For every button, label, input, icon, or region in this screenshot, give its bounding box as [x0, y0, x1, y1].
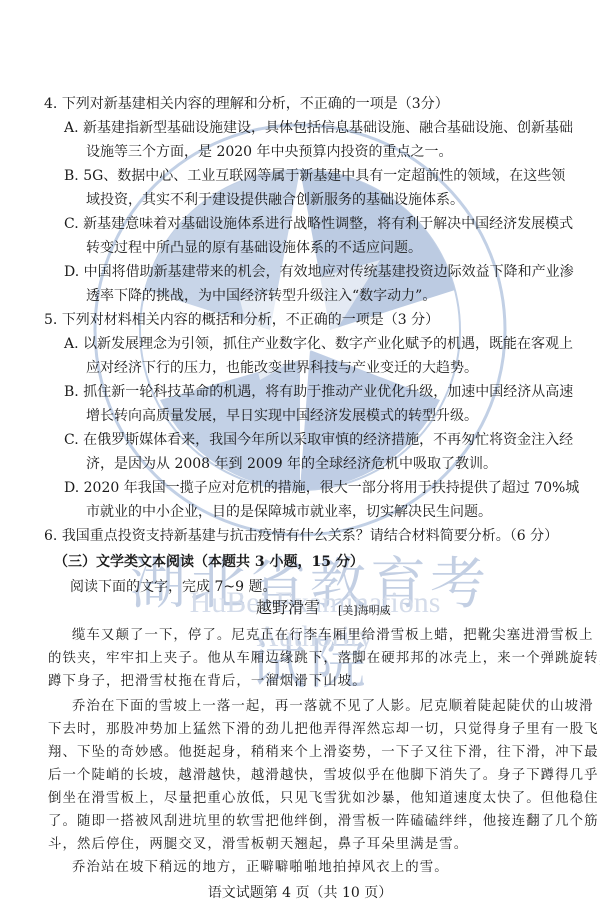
passage-author: [美]海明威 — [338, 602, 391, 620]
question-4-stem: 4. 下列对新基建相关内容的理解和分析，不正确的一项是（3分） — [44, 95, 449, 113]
question-4-option-b: B. 5G、数据中心、工业互联网等属于新基建中具有一定超前性的领域，在这些领 — [64, 167, 565, 185]
question-5-option-a: A. 以新发展理念为引领，抓住产业数字化、数字产业化赋予的机遇，既能在客观上 — [64, 335, 573, 353]
question-4-option-d-cont: 透率下降的挑战，为中国经济转型升级注入“数字动力”。 — [86, 287, 436, 305]
question-4-option-c-cont: 转变过程中所凸显的原有基础设施体系的不适应问题。 — [86, 239, 422, 257]
passage-line: 乔治在下面的雪坡上一落一起，再一落就不见了人影。尼克顺着陡起陡伏的山坡滑 — [72, 698, 594, 716]
question-4-option-d: D. 中国将借助新基建带来的机会，有效地应对传统基建投资边际效益下降和产业渗 — [64, 263, 574, 281]
passage-line: 斗，然后停住，两腿交叉，滑雪板朝天翘起，鼻子耳朵里满是雪。 — [48, 836, 468, 854]
section-heading: （三）文学类文本阅读（本题共 3 小题，15 分） — [54, 553, 364, 571]
passage-line: 蹲下身子，把滑雪杖拖在背后，一溜烟滑下山坡。 — [48, 673, 367, 691]
passage-title: 越野滑雪 — [256, 599, 320, 617]
question-5-option-c: C. 在俄罗斯媒体看来，我国今年所以采取审慎的经济措施，不再匆忙将资金注入经 — [64, 431, 573, 449]
question-5-option-d-cont: 市就业的中小企业，目的是保障城市就业率，切实解决民生问题。 — [86, 503, 492, 521]
passage-line: 了。随即一搭被风刮进坑里的软雪把他绊倒，滑雪板一阵磕磕绊绊，他接连翻了几个筋 — [48, 813, 599, 831]
page-footer: 语文试题第 4 页（共 10 页） — [0, 884, 600, 902]
question-5-option-b: B. 抓住新一轮科技革命的机遇，将有助于推动产业优化升级，加速中国经济从高速 — [64, 383, 573, 401]
question-5-option-c-cont: 济，是因为从 2008 年到 2009 年的全球经济危机中吸取了教训。 — [86, 455, 497, 473]
question-4-option-a: A. 新基建指新型基础设施建设，具体包括信息基础设施、融合基础设施、创新基础 — [64, 119, 573, 137]
question-6-stem: 6. 我国重点投资支持新基建与抗击疫情有什么关系？请结合材料简要分析。（6 分） — [44, 527, 558, 545]
question-4-option-b-cont: 域投资，其实不利于建设提供融合创新服务的基础设施体系。 — [86, 191, 464, 209]
question-4-option-a-cont: 设施等三个方面，是 2020 年中央预算内投资的重点之一。 — [86, 143, 453, 161]
question-5-option-a-cont: 应对经济下行的压力，也能改变世界科技与产业变迁的大趋势。 — [86, 359, 478, 377]
question-4-option-c: C. 新基建意味着对基础设施体系进行战略性调整，将有利于解决中国经济发展模式 — [64, 215, 573, 233]
question-5-option-d: D. 2020 年我国一揽子应对危机的措施，很大一部分将用于扶持提供了超过 70… — [64, 479, 579, 497]
section-intro: 阅读下面的文字，完成 7~9 题。 — [70, 578, 276, 596]
passage-line: 倒坐在滑雪板上，尽量把重心放低，只见飞雪犹如沙暴，他知道速度太快了。但他稳住 — [48, 790, 599, 808]
question-5-option-b-cont: 增长转向高质量发展，早日实现中国经济发展模式的转型升级。 — [86, 407, 478, 425]
question-5-stem: 5. 下列对材料相关内容的概括和分析，不正确的一项是（3 分） — [44, 311, 439, 329]
passage-line: 下去时，那股冲势加上猛然下滑的劲儿把他弄得浑然忘却一切，只觉得身子里有一股飞 — [48, 721, 599, 739]
passage-line: 翔、下坠的奇妙感。他挺起身，稍稍来个上滑姿势，一下子又往下滑，往下滑，冲下最 — [48, 744, 599, 762]
passage-line: 后一个陡峭的长坡，越滑越快，越滑越快，雪坡似乎在他脚下消失了。身子下蹲得几乎 — [48, 767, 599, 785]
passage-line: 缆车又颠了一下，停了。尼克正在行李车厢里给滑雪板上蜡，把靴尖塞进滑雪板上 — [72, 627, 594, 645]
passage-line: 的铁夹，牢牢扣上夹子。他从车厢边缘跳下，落脚在硬邦邦的冰壳上，来一个弹跳旋转， — [48, 650, 600, 668]
passage-line: 乔治站在坡下稍远的地方，正噼噼啪啪地拍掉风衣上的雪。 — [72, 859, 449, 877]
